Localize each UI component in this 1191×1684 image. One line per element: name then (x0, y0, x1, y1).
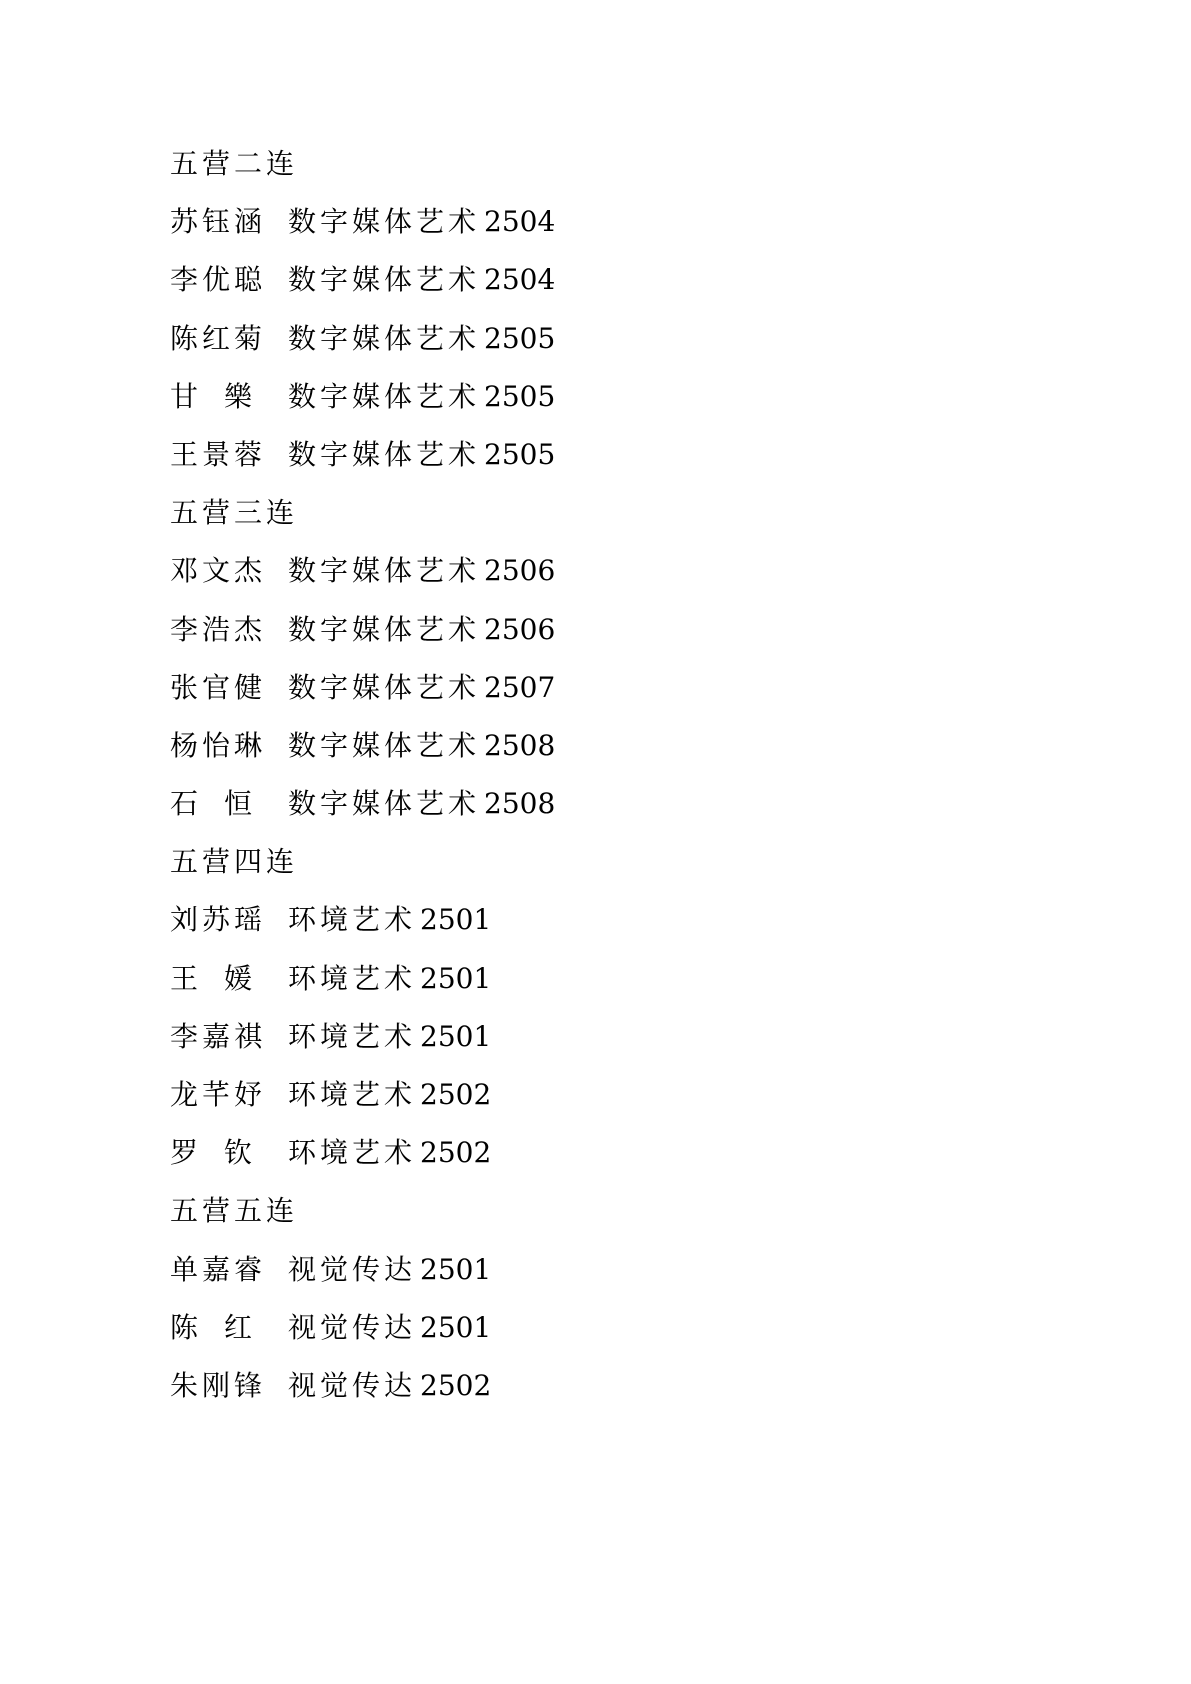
student-class: 2501 (420, 1013, 491, 1061)
student-major: 数字媒体艺术 (288, 431, 480, 479)
student-class: 2505 (484, 373, 555, 421)
student-class: 2501 (420, 1246, 491, 1294)
student-name: 罗钦 (170, 1129, 256, 1177)
student-major: 环境艺术 (288, 1013, 416, 1061)
student-major: 数字媒体艺术 (288, 315, 480, 363)
student-name: 王景蓉 (170, 431, 288, 479)
list-item: 李优聪数字媒体艺术2504 (170, 256, 1070, 314)
student-major: 视觉传达 (288, 1362, 416, 1410)
student-major: 数字媒体艺术 (288, 198, 480, 246)
student-name: 龙芊妤 (170, 1071, 288, 1119)
group-heading: 五营二连 (170, 140, 1070, 198)
student-major: 环境艺术 (288, 1129, 416, 1177)
student-major: 数字媒体艺术 (288, 547, 480, 595)
student-class: 2506 (484, 606, 555, 654)
name-char: 樂 (224, 373, 256, 421)
group-heading: 五营四连 (170, 838, 1070, 896)
student-name: 石恒 (170, 780, 256, 828)
name-char: 钦 (224, 1129, 256, 1177)
student-class: 2501 (420, 1304, 491, 1352)
list-item: 李浩杰数字媒体艺术2506 (170, 606, 1070, 664)
heading-text: 五营二连 (170, 147, 298, 180)
student-class: 2504 (484, 198, 555, 246)
list-item: 张官健数字媒体艺术2507 (170, 664, 1070, 722)
student-name: 李浩杰 (170, 606, 288, 654)
list-item: 杨怡琳数字媒体艺术2508 (170, 722, 1070, 780)
student-major: 环境艺术 (288, 1071, 416, 1119)
student-major: 环境艺术 (288, 955, 416, 1003)
student-class: 2504 (484, 256, 555, 304)
student-name: 单嘉睿 (170, 1246, 288, 1294)
list-item: 刘苏瑶环境艺术2501 (170, 896, 1070, 954)
list-item: 龙芊妤环境艺术2502 (170, 1071, 1070, 1129)
student-name: 王媛 (170, 955, 256, 1003)
name-char: 石 (170, 780, 202, 828)
list-item: 苏钰涵数字媒体艺术2504 (170, 198, 1070, 256)
student-major: 数字媒体艺术 (288, 664, 480, 712)
student-major: 数字媒体艺术 (288, 722, 480, 770)
name-char: 王 (170, 955, 202, 1003)
student-major: 环境艺术 (288, 896, 416, 944)
name-char: 陈 (170, 1304, 202, 1352)
list-item: 王媛环境艺术2501 (170, 955, 1070, 1013)
name-char: 媛 (224, 955, 256, 1003)
list-item: 王景蓉数字媒体艺术2505 (170, 431, 1070, 489)
name-char: 红 (224, 1304, 256, 1352)
student-class: 2505 (484, 431, 555, 479)
student-major: 数字媒体艺术 (288, 606, 480, 654)
document-page: 五营二连 苏钰涵数字媒体艺术2504 李优聪数字媒体艺术2504 陈红菊数字媒体… (170, 140, 1070, 1420)
student-major: 数字媒体艺术 (288, 780, 480, 828)
student-major: 数字媒体艺术 (288, 373, 480, 421)
name-char: 罗 (170, 1129, 202, 1177)
student-class: 2501 (420, 896, 491, 944)
name-char: 恒 (224, 780, 256, 828)
heading-text: 五营四连 (170, 845, 298, 878)
list-item: 朱刚锋视觉传达2502 (170, 1362, 1070, 1420)
list-item: 单嘉睿视觉传达2501 (170, 1246, 1070, 1304)
group-heading: 五营三连 (170, 489, 1070, 547)
heading-text: 五营五连 (170, 1194, 298, 1227)
student-name: 刘苏瑶 (170, 896, 288, 944)
student-name: 李嘉祺 (170, 1013, 288, 1061)
student-name: 陈红 (170, 1304, 256, 1352)
student-major: 数字媒体艺术 (288, 256, 480, 304)
student-name: 杨怡琳 (170, 722, 288, 770)
student-class: 2506 (484, 547, 555, 595)
student-name: 陈红菊 (170, 315, 288, 363)
list-item: 甘樂数字媒体艺术2505 (170, 373, 1070, 431)
student-class: 2501 (420, 955, 491, 1003)
student-name: 苏钰涵 (170, 198, 288, 246)
student-class: 2505 (484, 315, 555, 363)
list-item: 罗钦环境艺术2502 (170, 1129, 1070, 1187)
group-heading: 五营五连 (170, 1187, 1070, 1245)
student-major: 视觉传达 (288, 1304, 416, 1352)
list-item: 邓文杰数字媒体艺术2506 (170, 547, 1070, 605)
name-char: 甘 (170, 373, 202, 421)
list-item: 陈红视觉传达2501 (170, 1304, 1070, 1362)
student-class: 2507 (484, 664, 555, 712)
student-class: 2508 (484, 722, 555, 770)
list-item: 李嘉祺环境艺术2501 (170, 1013, 1070, 1071)
student-name: 朱刚锋 (170, 1362, 288, 1410)
list-item: 陈红菊数字媒体艺术2505 (170, 315, 1070, 373)
heading-text: 五营三连 (170, 496, 298, 529)
student-name: 张官健 (170, 664, 288, 712)
student-name: 甘樂 (170, 373, 256, 421)
student-class: 2502 (420, 1362, 491, 1410)
student-name: 李优聪 (170, 256, 288, 304)
student-name: 邓文杰 (170, 547, 288, 595)
list-item: 石恒数字媒体艺术2508 (170, 780, 1070, 838)
student-class: 2502 (420, 1129, 491, 1177)
student-class: 2508 (484, 780, 555, 828)
student-class: 2502 (420, 1071, 491, 1119)
student-major: 视觉传达 (288, 1246, 416, 1294)
